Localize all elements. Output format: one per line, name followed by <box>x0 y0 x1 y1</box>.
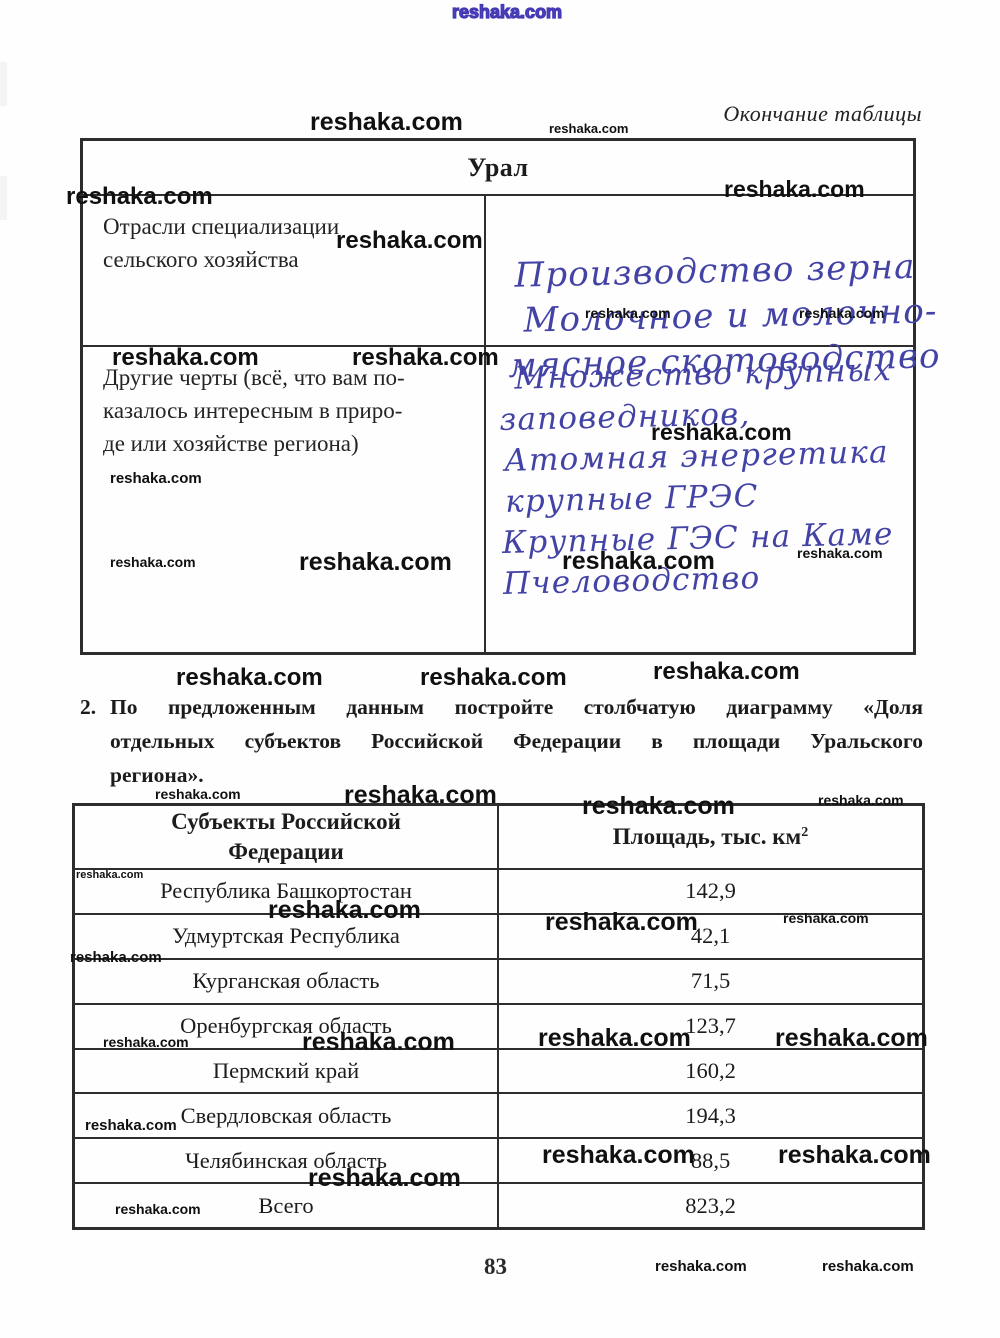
table-continuation-caption: Окончание таблицы <box>723 101 922 127</box>
watermark: reshaka.com <box>420 666 567 690</box>
label-line: де или хозяйстве региона) <box>103 427 476 460</box>
area-cell: 194,3 <box>499 1094 922 1137</box>
watermark: reshaka.com <box>799 306 885 320</box>
table-row: Республика Башкортостан 142,9 <box>75 870 922 915</box>
watermark: reshaka.com <box>110 555 196 569</box>
watermark: reshaka.com <box>176 666 323 690</box>
page-number: 83 <box>484 1254 507 1280</box>
area-cell: 71,5 <box>499 960 922 1003</box>
watermark: reshaka.com <box>85 1118 177 1133</box>
watermark: reshaka.com <box>452 3 562 21</box>
watermark: reshaka.com <box>110 471 202 486</box>
watermark: reshaka.com <box>582 794 735 819</box>
watermark: reshaka.com <box>66 185 213 209</box>
watermark: reshaka.com <box>797 546 883 560</box>
watermark: reshaka.com <box>103 1035 189 1049</box>
table-header-row: Субъекты Российской Федерации Площадь, т… <box>75 806 922 870</box>
watermark: reshaka.com <box>542 1143 695 1168</box>
watermark: reshaka.com <box>655 1259 747 1274</box>
table-row: Свердловская область 194,3 <box>75 1094 922 1139</box>
watermark: reshaka.com <box>822 1259 914 1274</box>
table-row-agriculture: Отрасли специализации сельского хозяйств… <box>83 196 913 347</box>
task-text: По предложенным данным постройте столбча… <box>110 690 923 792</box>
watermark: reshaka.com <box>585 306 671 320</box>
watermark: reshaka.com <box>76 870 143 881</box>
watermark: reshaka.com <box>344 783 497 808</box>
task-number: 2. <box>80 690 96 724</box>
header-line: Субъекты Российской <box>171 807 401 837</box>
task-text-line: По предложенным данным постройте столбча… <box>110 690 923 724</box>
watermark: reshaka.com <box>268 898 421 923</box>
row-label-other-features: Другие черты (всё, что вам по- казалось … <box>83 347 486 653</box>
table-row: Всего 823,2 <box>75 1184 922 1227</box>
watermark: reshaka.com <box>155 787 241 801</box>
row-label-agriculture: Отрасли специализации сельского хозяйств… <box>83 196 486 345</box>
subject-cell: Курганская область <box>75 960 499 1003</box>
watermark: reshaka.com <box>651 421 792 444</box>
scan-edge-artifact <box>0 176 7 220</box>
scan-edge-artifact <box>0 62 7 106</box>
watermark: reshaka.com <box>653 660 800 684</box>
table-row: Курганская область 71,5 <box>75 960 922 1005</box>
watermark: reshaka.com <box>352 346 499 370</box>
task-2-paragraph: 2. По предложенным данным постройте стол… <box>80 690 925 792</box>
watermark: reshaka.com <box>724 178 865 201</box>
watermark: reshaka.com <box>310 110 463 135</box>
scanned-workbook-page: reshaka.comreshaka.comreshaka.comreshaka… <box>0 0 1000 1338</box>
watermark: reshaka.com <box>302 1030 455 1055</box>
watermark: reshaka.com <box>775 1026 928 1051</box>
watermark: reshaka.com <box>545 910 698 935</box>
header-text: Площадь, тыс. км <box>613 824 801 850</box>
watermark: reshaka.com <box>549 122 629 135</box>
table-row: Пермский край 160,2 <box>75 1050 922 1095</box>
watermark: reshaka.com <box>818 793 904 807</box>
watermark: reshaka.com <box>70 950 162 965</box>
watermark: reshaka.com <box>112 346 259 370</box>
watermark: reshaka.com <box>115 1202 201 1216</box>
watermark: reshaka.com <box>783 911 869 925</box>
watermark: reshaka.com <box>299 550 452 575</box>
area-cell: 142,9 <box>499 870 922 913</box>
answer-cell-other-features: Множество крупных заповедников, Атомная … <box>486 347 913 653</box>
table-row-other-features: Другие черты (всё, что вам по- казалось … <box>83 347 913 653</box>
watermark: reshaka.com <box>308 1166 461 1191</box>
watermark: reshaka.com <box>778 1143 931 1168</box>
header-line: Федерации <box>228 837 344 867</box>
label-line: казалось интересным в приро- <box>103 394 476 427</box>
watermark: reshaka.com <box>538 1026 691 1051</box>
answer-cell-agriculture: Производство зерна Молочное и молочно- м… <box>486 196 913 345</box>
task-text-line: отдельных субъектов Российской Федерации… <box>110 724 923 758</box>
ural-summary-table: Урал Отрасли специализации сельского хоз… <box>80 138 916 655</box>
watermark: reshaka.com <box>336 229 483 253</box>
watermark: reshaka.com <box>562 549 715 574</box>
area-cell: 160,2 <box>499 1050 922 1093</box>
area-cell: 823,2 <box>499 1184 922 1227</box>
column-header-subjects: Субъекты Российской Федерации <box>75 806 499 868</box>
handwriting-line: Множество крупных <box>514 350 892 400</box>
